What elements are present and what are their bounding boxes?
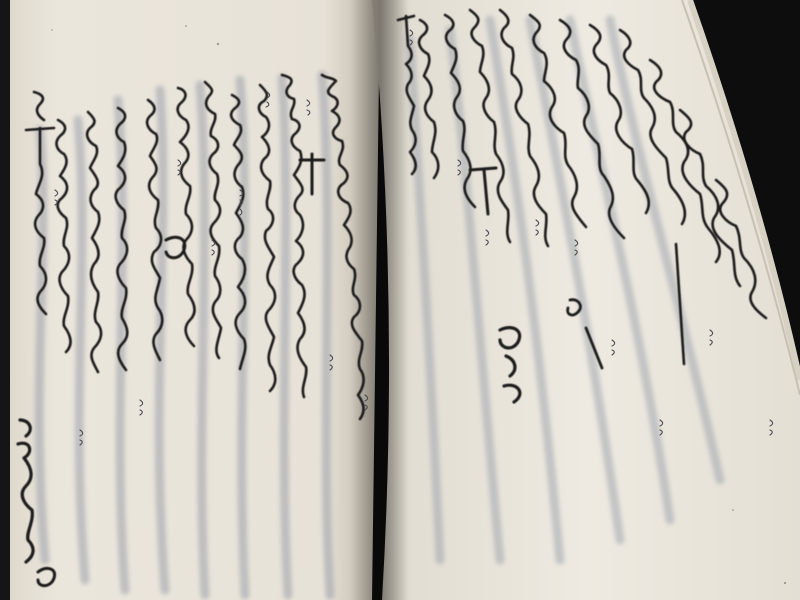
book-illustration (0, 0, 800, 600)
book-photograph (0, 0, 800, 600)
